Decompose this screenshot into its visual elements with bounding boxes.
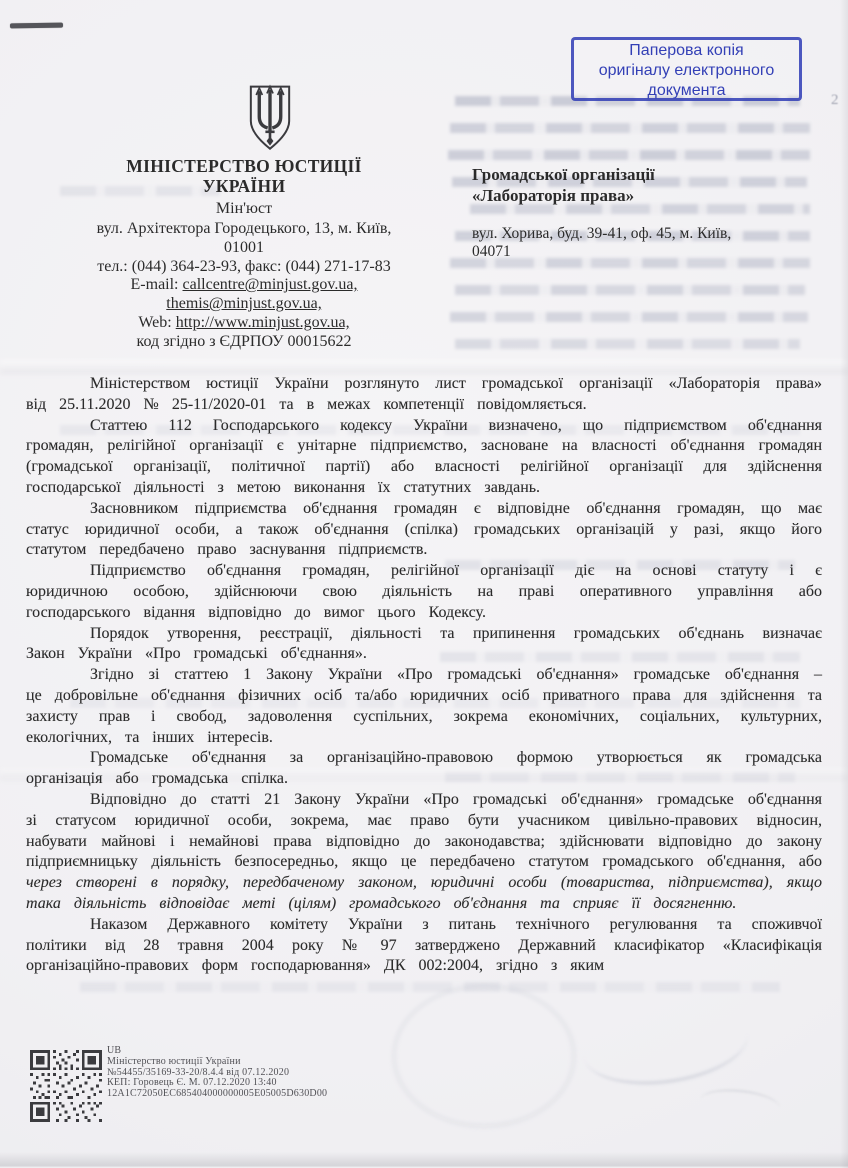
- paragraph: Статтею 112 Господарського кодексу Украї…: [26, 416, 822, 499]
- edrpou-line: код згідно з ЄДРПОУ 00015622: [28, 333, 460, 352]
- paragraph-text: Відповідно до статті 21 Закону України «…: [26, 791, 822, 870]
- bleed-through-text: [80, 982, 780, 992]
- paragraph: Засновником підприємства об'єднання гром…: [26, 499, 822, 561]
- coat-of-arms-icon: [247, 84, 293, 157]
- paragraph: Підприємство об'єднання громадян, релігі…: [26, 561, 822, 623]
- bleed-through-text: [450, 123, 810, 133]
- page-number: 2: [831, 92, 839, 109]
- recipient-name-line2: «Лабораторія права»: [472, 185, 817, 206]
- bleed-through-text: [455, 339, 800, 349]
- bleed-through-text: [450, 312, 808, 322]
- stamp-text-line: оригіналу електронного: [574, 61, 799, 81]
- paragraph-text: Згідно зі статтею 1 Закону України «Про …: [26, 666, 822, 745]
- web-link: http://www.minjust.gov.ua,: [176, 314, 350, 331]
- paragraph: Згідно зі статтею 1 Закону України «Про …: [26, 665, 822, 748]
- paragraph-text: Наказом Державного комітету України з пи…: [26, 916, 822, 975]
- staple-mark: [10, 23, 63, 29]
- qr-caption-block: UB Міністерство юстиції України №54455/3…: [107, 1046, 467, 1100]
- bleed-through-text: [455, 285, 805, 295]
- paragraph-text: Громадське об'єднання за організаційно-п…: [26, 749, 822, 787]
- recipient-address-line1: вул. Хорива, буд. 39-41, оф. 45, м. Київ…: [472, 225, 817, 243]
- fold-crease: [0, 360, 848, 374]
- paragraph-text: Статтею 112 Господарського кодексу Украї…: [26, 417, 822, 496]
- email-link-themis: themis@minjust.gov.ua,: [166, 295, 321, 312]
- recipient-block: Громадської організації «Лабораторія пра…: [472, 164, 817, 261]
- qr-caption-org: Міністерство юстиції України: [107, 1057, 467, 1068]
- ministry-name-line1: МІНІСТЕРСТВО ЮСТИЦІЇ: [28, 156, 460, 176]
- email-label: E-mail:: [131, 276, 183, 293]
- ministry-name-line2: УКРАЇНИ: [28, 176, 460, 196]
- letter-body: Міністерством юстиції України розглянуто…: [26, 374, 822, 977]
- ministry-address-line1: вул. Архітектора Городецького, 13, м. Ки…: [28, 220, 460, 239]
- paragraph-text: Засновником підприємства об'єднання гром…: [26, 500, 822, 559]
- qr-code-icon: [30, 1047, 102, 1130]
- email-link-callcentre: callcentre@minjust.gov.ua,: [183, 276, 358, 293]
- recipient-name-line1: Громадської організації: [472, 164, 817, 185]
- web-label: Web:: [138, 314, 175, 331]
- scan-edge-shadow: [840, 0, 848, 1168]
- italic-passage: через створені в порядку, передбаченому …: [26, 874, 822, 912]
- paragraph-text: Порядок утворення, реєстрації, діяльност…: [26, 625, 822, 663]
- stamp-text-line: Паперова копія: [574, 41, 799, 61]
- ministry-short-name: Мін'юст: [28, 198, 460, 220]
- recipient-address-line2: 04071: [472, 243, 817, 261]
- qr-caption-hash: 12A1C72050EC685404000000005E05005D630D00: [107, 1089, 467, 1100]
- ministry-phone-line: тел.: (044) 364-23-93, факс: (044) 271-1…: [28, 258, 460, 277]
- paragraph: Наказом Державного комітету України з пи…: [26, 915, 822, 977]
- paper-copy-stamp: Паперова копія оригіналу електронного до…: [571, 37, 802, 101]
- scanned-letter-page: Паперова копія оригіналу електронного до…: [0, 0, 848, 1168]
- paragraph-text: Міністерством юстиції України розглянуто…: [26, 375, 822, 413]
- paragraph: Порядок утворення, реєстрації, діяльност…: [26, 624, 822, 666]
- paragraph-text: Підприємство об'єднання громадян, релігі…: [26, 562, 822, 621]
- paragraph: Відповідно до статті 21 Закону України «…: [26, 790, 822, 915]
- handwriting-bleed-through: [699, 1086, 781, 1122]
- scan-edge-shadow: [0, 1152, 848, 1168]
- signature-bleed-through: [579, 997, 753, 1094]
- stamp-text-line: документа: [574, 81, 799, 101]
- paragraph: Громадське об'єднання за організаційно-п…: [26, 748, 822, 790]
- sender-block: МІНІСТЕРСТВО ЮСТИЦІЇ УКРАЇНИ Мін'юст вул…: [28, 156, 460, 352]
- ministry-address-line2: 01001: [28, 239, 460, 258]
- paragraph: Міністерством юстиції України розглянуто…: [26, 374, 822, 416]
- bleed-through-text: [448, 150, 810, 160]
